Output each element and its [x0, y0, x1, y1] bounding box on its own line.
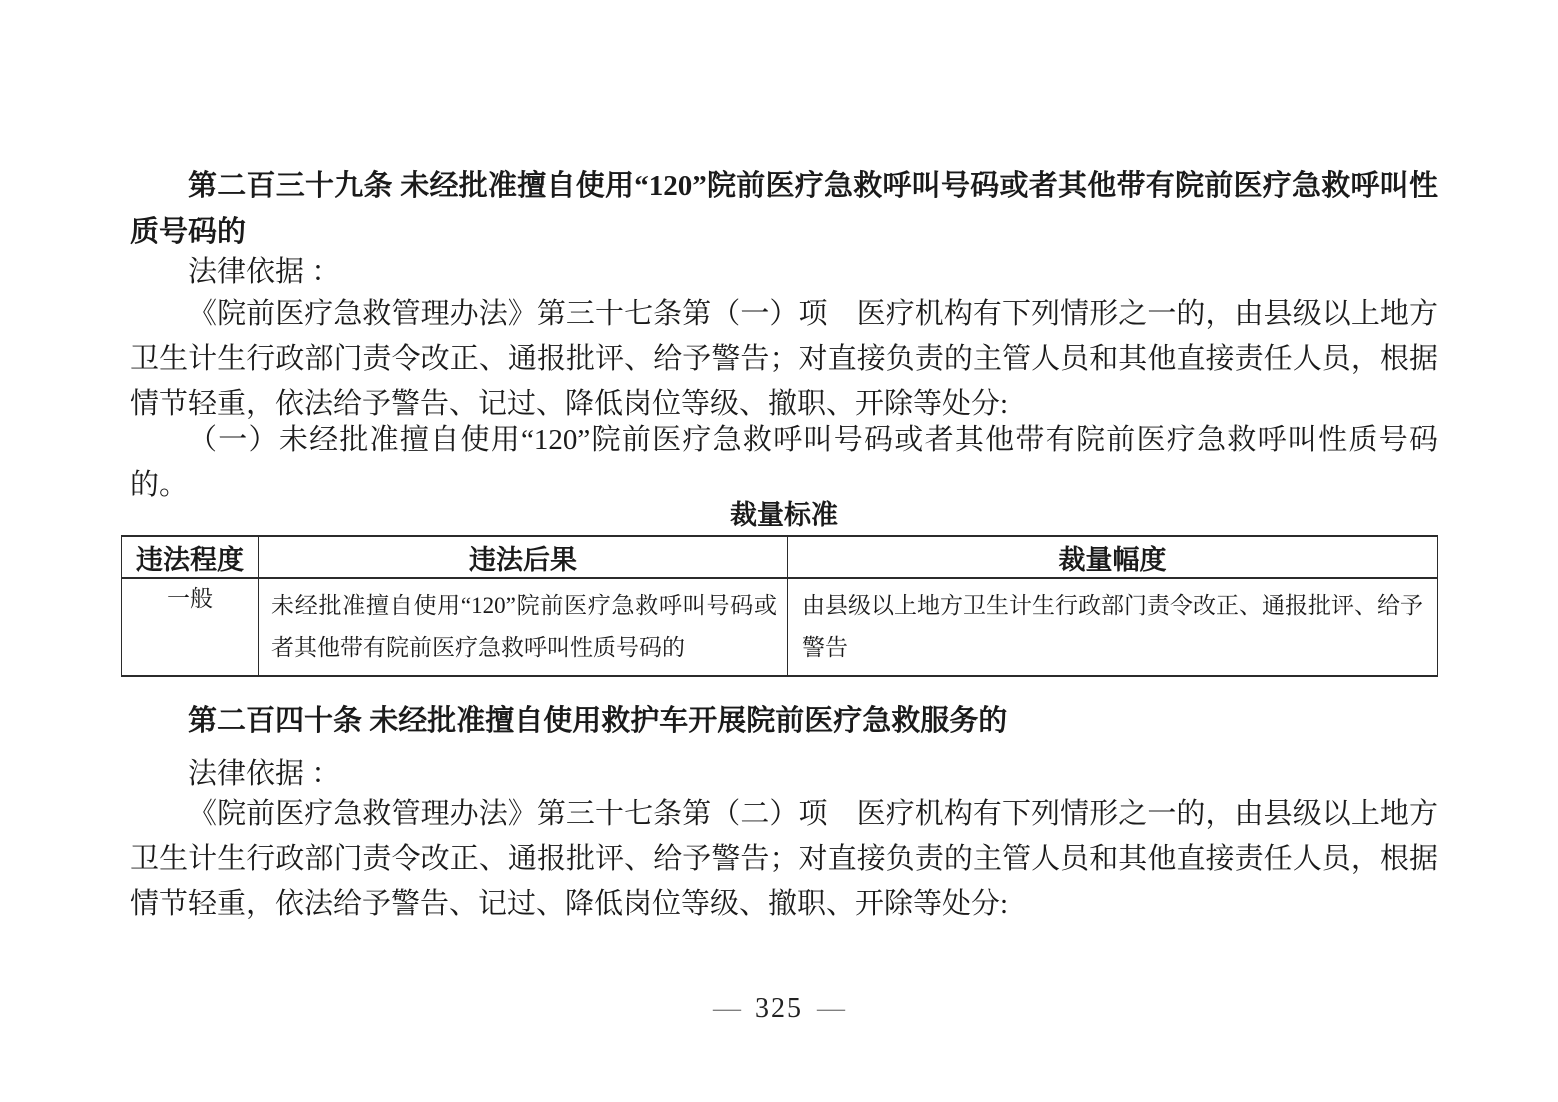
cell-violation-degree: 一般: [122, 578, 259, 676]
section1-heading: 第二百三十九条 未经批准擅自使用“120”院前医疗急救呼叫号码或者其他带有院前医…: [130, 163, 1438, 255]
cell-violation-consequence: 未经批准擅自使用“120”院前医疗急救呼叫号码或者其他带有院前医疗急救呼叫性质号…: [259, 578, 788, 676]
col-header-violation-degree: 违法程度: [122, 536, 259, 578]
discretion-standard-table: 违法程度 违法后果 裁量幅度 一般 未经批准擅自使用“120”院前医疗急救呼叫号…: [121, 535, 1438, 677]
section1-item-text: （一）未经批准擅自使用“120”院前医疗急救呼叫号码或者其他带有院前医疗急救呼叫…: [130, 418, 1438, 508]
section2-legal-basis-text: 《院前医疗急救管理办法》第三十七条第（二）项 医疗机构有下列情形之一的，由县级以…: [130, 792, 1438, 927]
cell-discretion-range: 由县级以上地方卫生计生行政部门责令改正、通报批评、给予警告: [788, 578, 1438, 676]
document-page: 第二百三十九条 未经批准擅自使用“120”院前医疗急救呼叫号码或者其他带有院前医…: [0, 0, 1558, 1102]
section2-legal-basis-label: 法律依据 ：: [130, 752, 1438, 797]
page-footer: —325—: [0, 992, 1558, 1026]
footer-dash-right: —: [803, 993, 859, 1024]
section1-legal-basis-text: 《院前医疗急救管理办法》第三十七条第（一）项 医疗机构有下列情形之一的，由县级以…: [130, 292, 1438, 427]
col-header-violation-consequence: 违法后果: [259, 536, 788, 578]
footer-dash-left: —: [699, 993, 755, 1024]
col-header-discretion-range: 裁量幅度: [788, 536, 1438, 578]
section1-legal-basis-label: 法律依据 ：: [130, 250, 1438, 295]
table-header-row: 违法程度 违法后果 裁量幅度: [122, 536, 1438, 578]
table-row: 一般 未经批准擅自使用“120”院前医疗急救呼叫号码或者其他带有院前医疗急救呼叫…: [122, 578, 1438, 676]
section2-heading: 第二百四十条 未经批准擅自使用救护车开展院前医疗急救服务的: [130, 698, 1438, 744]
table-title: 裁量标准: [130, 500, 1438, 530]
page-number: 325: [755, 993, 803, 1024]
